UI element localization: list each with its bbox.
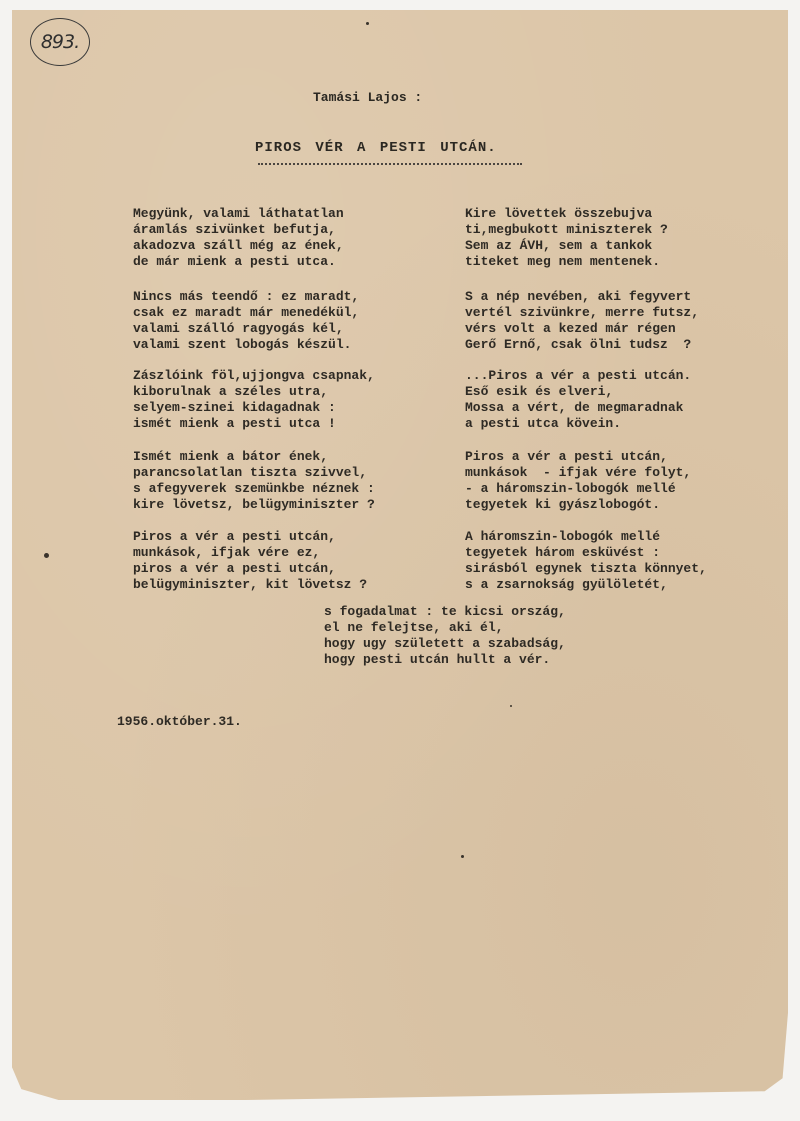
poem-line: Eső esik és elveri, [465, 384, 691, 400]
poem-line: tegyetek három esküvést : [465, 545, 707, 561]
poem-line: el ne felejtse, aki él, [324, 620, 566, 636]
ink-speck [510, 705, 512, 707]
poem-line: - a háromszin-lobogók mellé [465, 481, 691, 497]
poem-line: Zászlóink föl,ujjongva csapnak, [133, 368, 375, 384]
stanza-left: Nincs más teendő : ez maradt,csak ez mar… [133, 289, 359, 353]
poem-line: munkások, ifjak vére ez, [133, 545, 367, 561]
poem-line: valami szent lobogás készül. [133, 337, 359, 353]
date-line: 1956.október.31. [117, 714, 242, 729]
stanza-right: Kire lövettek összebujvati,megbukott min… [465, 206, 668, 270]
archive-number-stamp: 893. [30, 18, 90, 66]
stanza-left: Piros a vér a pesti utcán,munkások, ifja… [133, 529, 367, 593]
author-line: Tamási Lajos : [313, 90, 422, 105]
poem-line: akadozva száll még az ének, [133, 238, 344, 254]
poem-line: s fogadalmat : te kicsi ország, [324, 604, 566, 620]
poem-line: Nincs más teendő : ez maradt, [133, 289, 359, 305]
poem-line: belügyminiszter, kit lövetsz ? [133, 577, 367, 593]
poem-line: titeket meg nem mentenek. [465, 254, 668, 270]
poem-line: Megyünk, valami láthatatlan [133, 206, 344, 222]
poem-line: Kire lövettek összebujva [465, 206, 668, 222]
title-underline [258, 163, 522, 165]
poem-line: ti,megbukott miniszterek ? [465, 222, 668, 238]
poem-line: ...Piros a vér a pesti utcán. [465, 368, 691, 384]
stanza-right: ...Piros a vér a pesti utcán.Eső esik és… [465, 368, 691, 432]
poem-line: selyem-szinei kidagadnak : [133, 400, 375, 416]
poem-line: Mossa a vért, de megmaradnak [465, 400, 691, 416]
poem-line: A háromszin-lobogók mellé [465, 529, 707, 545]
stanza-closing: s fogadalmat : te kicsi ország,el ne fel… [324, 604, 566, 668]
poem-line: vertél szivünkre, merre futsz, [465, 305, 699, 321]
poem-line: Gerő Ernő, csak ölni tudsz ? [465, 337, 699, 353]
poem-line: parancsolatlan tiszta szivvel, [133, 465, 375, 481]
stanza-right: Piros a vér a pesti utcán,munkások - ifj… [465, 449, 691, 513]
ink-speck [44, 553, 49, 558]
poem-line: Piros a vér a pesti utcán, [465, 449, 691, 465]
poem-line: s afegyverek szemünkbe néznek : [133, 481, 375, 497]
poem-line: Sem az ÁVH, sem a tankok [465, 238, 668, 254]
poem-line: kire lövetsz, belügyminiszter ? [133, 497, 375, 513]
poem-line: hogy pesti utcán hullt a vér. [324, 652, 566, 668]
stanza-right: S a nép nevében, aki fegyvertvertél sziv… [465, 289, 699, 353]
poem-line: csak ez maradt már menedékül, [133, 305, 359, 321]
poem-line: valami szálló ragyogás kél, [133, 321, 359, 337]
poem-line: vérs volt a kezed már régen [465, 321, 699, 337]
poem-line: áramlás szivünket befutja, [133, 222, 344, 238]
poem-line: a pesti utca kövein. [465, 416, 691, 432]
poem-line: tegyetek ki gyászlobogót. [465, 497, 691, 513]
stanza-left: Ismét mienk a bátor ének,parancsolatlan … [133, 449, 375, 513]
poem-line: de már mienk a pesti utca. [133, 254, 344, 270]
ink-speck [366, 22, 369, 25]
poem-line: hogy ugy született a szabadság, [324, 636, 566, 652]
stanza-left: Megyünk, valami láthatatlanáramlás szivü… [133, 206, 344, 270]
poem-title: PIROS VÉR A PESTI UTCÁN. [255, 140, 497, 156]
stanza-right: A háromszin-lobogók mellétegyetek három … [465, 529, 707, 593]
poem-line: kiborulnak a széles utra, [133, 384, 375, 400]
poem-line: sirásból egynek tiszta könnyet, [465, 561, 707, 577]
poem-line: munkások - ifjak vére folyt, [465, 465, 691, 481]
poem-line: piros a vér a pesti utcán, [133, 561, 367, 577]
stanza-left: Zászlóink föl,ujjongva csapnak,kiborulna… [133, 368, 375, 432]
poem-line: Ismét mienk a bátor ének, [133, 449, 375, 465]
poem-line: Piros a vér a pesti utcán, [133, 529, 367, 545]
poem-line: s a zsarnokság gyülöletét, [465, 577, 707, 593]
poem-line: S a nép nevében, aki fegyvert [465, 289, 699, 305]
poem-line: ismét mienk a pesti utca ! [133, 416, 375, 432]
ink-speck [461, 855, 464, 858]
